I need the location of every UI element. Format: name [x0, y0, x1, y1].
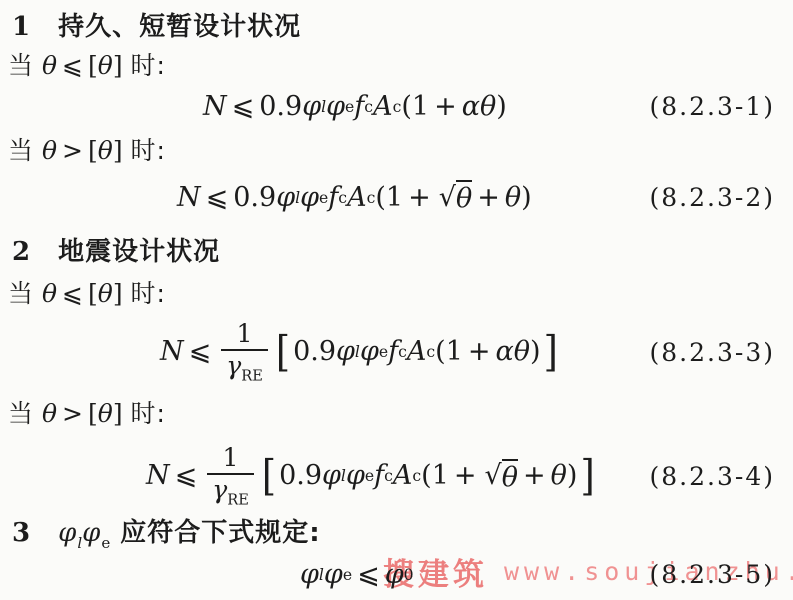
section-3-number: 3: [12, 518, 30, 548]
var-phi: φ: [324, 559, 343, 590]
coefficient: 0.9: [293, 336, 336, 367]
num-one: 1: [386, 182, 403, 213]
sub-c: c: [393, 97, 402, 116]
var-theta-limit: θ: [98, 136, 113, 165]
var-A: A: [347, 182, 367, 213]
var-theta-limit: θ: [98, 399, 113, 428]
text-dang: 当: [8, 399, 34, 428]
leq-symbol: ⩽: [201, 182, 234, 213]
formula-8-2-3-5: φlφe⩽φ0: [300, 559, 414, 590]
sub-c: c: [364, 97, 373, 116]
open-square-bracket: [: [276, 327, 290, 376]
var-phi: φ: [326, 91, 345, 122]
open-bracket: [: [88, 399, 98, 428]
close-square-bracket: ]: [544, 327, 558, 376]
section-1-heading: 1持久、短暂设计状况: [12, 6, 301, 43]
sub-e: e: [101, 534, 110, 552]
section-1-title: 持久、短暂设计状况: [58, 12, 301, 42]
coefficient: 0.9: [259, 91, 302, 122]
close-paren: ): [496, 91, 507, 122]
var-f: f: [388, 336, 398, 367]
plus-symbol: +: [518, 460, 551, 491]
var-A: A: [407, 336, 427, 367]
var-N: N: [146, 460, 170, 491]
text-shi: 时:: [131, 399, 166, 428]
sub-e: e: [345, 97, 354, 116]
var-gamma: γ: [212, 475, 227, 504]
condition-theta-gt-2: 当 θ>[θ] 时:: [8, 394, 166, 430]
section-2-number: 2: [12, 237, 30, 267]
var-phi-product: φlφe: [58, 518, 110, 548]
formula-8-2-3-3: N⩽1γRE[0.9φlφefcAc(1+αθ)]: [160, 320, 561, 384]
var-alpha-theta: αθ: [462, 91, 497, 122]
close-paren: ): [567, 460, 578, 491]
var-phi: φ: [58, 518, 77, 548]
var-theta: θ: [42, 279, 57, 308]
sub-RE: RE: [227, 491, 249, 508]
leq-symbol: ⩽: [57, 279, 88, 308]
formula-row-4: N⩽1γRE[0.9φlφefcAc(1+√θ+θ)] (8.2.3-4): [0, 437, 793, 515]
var-theta-limit: θ: [98, 279, 113, 308]
var-phi: φ: [82, 518, 101, 548]
text-dang: 当: [8, 279, 34, 308]
var-A: A: [373, 91, 393, 122]
section-3-heading: 3φlφe应符合下式规定:: [12, 512, 321, 552]
fraction-1-over-gammaRE: 1γRE: [207, 444, 254, 508]
close-paren: ): [530, 336, 541, 367]
formula-row-1: N⩽0.9φlφefcAc(1+αθ) (8.2.3-1): [0, 84, 793, 128]
var-phi: φ: [322, 460, 341, 491]
sub-e: e: [379, 342, 388, 361]
condition-theta-gt-1: 当 θ>[θ] 时:: [8, 131, 166, 167]
var-theta-sqrt: θ: [502, 459, 518, 493]
sub-RE: RE: [241, 367, 263, 384]
section-2-title: 地震设计状况: [58, 237, 220, 267]
open-paren: (: [401, 91, 412, 122]
num-one: 1: [412, 91, 429, 122]
open-bracket: [: [88, 136, 98, 165]
formula-8-2-3-2: N⩽0.9φlφefcAc(1+√θ+θ): [177, 180, 532, 214]
plus-symbol: +: [472, 182, 505, 213]
equation-number-4: (8.2.3-4): [650, 462, 775, 491]
sub-c: c: [426, 342, 435, 361]
var-f: f: [374, 460, 384, 491]
section-1-number: 1: [12, 12, 30, 42]
var-N: N: [203, 91, 227, 122]
formula-row-5: φlφe⩽φ0 (8.2.3-5): [0, 552, 793, 596]
leq-symbol: ⩽: [170, 460, 203, 491]
open-bracket: [: [88, 51, 98, 80]
var-theta: θ: [42, 51, 57, 80]
close-bracket: ]: [113, 51, 123, 80]
sqrt-symbol: √: [439, 182, 456, 213]
fraction-numerator: 1: [223, 444, 239, 473]
sub-c: c: [367, 188, 376, 207]
leq-symbol: ⩽: [352, 559, 385, 590]
coefficient: 0.9: [233, 182, 276, 213]
close-bracket: ]: [113, 399, 123, 428]
plus-symbol: +: [449, 460, 482, 491]
text-dang: 当: [8, 136, 34, 165]
formula-8-2-3-4: N⩽1γRE[0.9φlφefcAc(1+√θ+θ)]: [146, 444, 598, 508]
gt-symbol: >: [57, 136, 88, 165]
fraction-1-over-gammaRE: 1γRE: [221, 320, 268, 384]
sub-c: c: [398, 342, 407, 361]
var-phi: φ: [302, 91, 321, 122]
var-N: N: [177, 182, 201, 213]
num-one: 1: [432, 460, 449, 491]
sub-e: e: [343, 565, 352, 584]
coefficient: 0.9: [279, 460, 322, 491]
sub-e: e: [365, 466, 374, 485]
var-alpha-theta: αθ: [496, 336, 531, 367]
var-A: A: [393, 460, 413, 491]
var-theta: θ: [551, 460, 567, 491]
formula-row-3: N⩽1γRE[0.9φlφefcAc(1+αθ)] (8.2.3-3): [0, 313, 793, 391]
condition-theta-le-2: 当 θ⩽[θ] 时:: [8, 274, 166, 310]
close-paren: ): [521, 182, 532, 213]
equation-number-3: (8.2.3-3): [650, 338, 775, 367]
plus-symbol: +: [463, 336, 496, 367]
section-3-title: 应符合下式规定:: [120, 518, 320, 548]
var-phi: φ: [346, 460, 365, 491]
var-phi: φ: [385, 559, 404, 590]
plus-symbol: +: [403, 182, 436, 213]
close-square-bracket: ]: [580, 451, 594, 500]
var-theta: θ: [505, 182, 521, 213]
var-phi: φ: [300, 559, 319, 590]
text-shi: 时:: [131, 136, 166, 165]
var-theta-sqrt: θ: [456, 180, 472, 214]
open-bracket: [: [88, 279, 98, 308]
open-square-bracket: [: [262, 451, 276, 500]
close-bracket: ]: [113, 279, 123, 308]
text-shi: 时:: [131, 51, 166, 80]
var-gamma: γ: [226, 351, 241, 380]
sub-c: c: [384, 466, 393, 485]
var-phi: φ: [336, 336, 355, 367]
var-phi: φ: [360, 336, 379, 367]
open-paren: (: [375, 182, 386, 213]
leq-symbol: ⩽: [227, 91, 260, 122]
open-paren: (: [435, 336, 446, 367]
var-phi: φ: [300, 182, 319, 213]
section-2-heading: 2地震设计状况: [12, 231, 220, 268]
equation-number-5: (8.2.3-5): [650, 560, 775, 589]
plus-symbol: +: [429, 91, 462, 122]
fraction-denominator: γRE: [221, 349, 268, 385]
equation-number-2: (8.2.3-2): [650, 183, 775, 212]
formula-row-2: N⩽0.9φlφefcAc(1+√θ+θ) (8.2.3-2): [0, 174, 793, 220]
equation-number-1: (8.2.3-1): [650, 92, 775, 121]
var-theta-limit: θ: [98, 51, 113, 80]
sub-0: 0: [404, 565, 414, 584]
var-N: N: [160, 336, 184, 367]
leq-symbol: ⩽: [57, 51, 88, 80]
text-dang: 当: [8, 51, 34, 80]
var-theta: θ: [42, 399, 57, 428]
num-one: 1: [446, 336, 463, 367]
open-paren: (: [421, 460, 432, 491]
fraction-numerator: 1: [237, 320, 253, 349]
var-f: f: [328, 182, 338, 213]
fraction-denominator: γRE: [207, 473, 254, 509]
condition-theta-le-1: 当 θ⩽[θ] 时:: [8, 46, 166, 82]
var-f: f: [354, 91, 364, 122]
sub-e: e: [319, 188, 328, 207]
document-page: 搜建筑 www.soujianzhu.cn 1持久、短暂设计状况 当 θ⩽[θ]…: [0, 0, 793, 600]
formula-8-2-3-1: N⩽0.9φlφefcAc(1+αθ): [203, 91, 507, 122]
leq-symbol: ⩽: [184, 336, 217, 367]
sqrt-symbol: √: [485, 460, 502, 491]
close-bracket: ]: [113, 136, 123, 165]
sub-c: c: [338, 188, 347, 207]
sub-c: c: [412, 466, 421, 485]
var-theta: θ: [42, 136, 57, 165]
var-phi: φ: [276, 182, 295, 213]
gt-symbol: >: [57, 399, 88, 428]
text-shi: 时:: [131, 279, 166, 308]
